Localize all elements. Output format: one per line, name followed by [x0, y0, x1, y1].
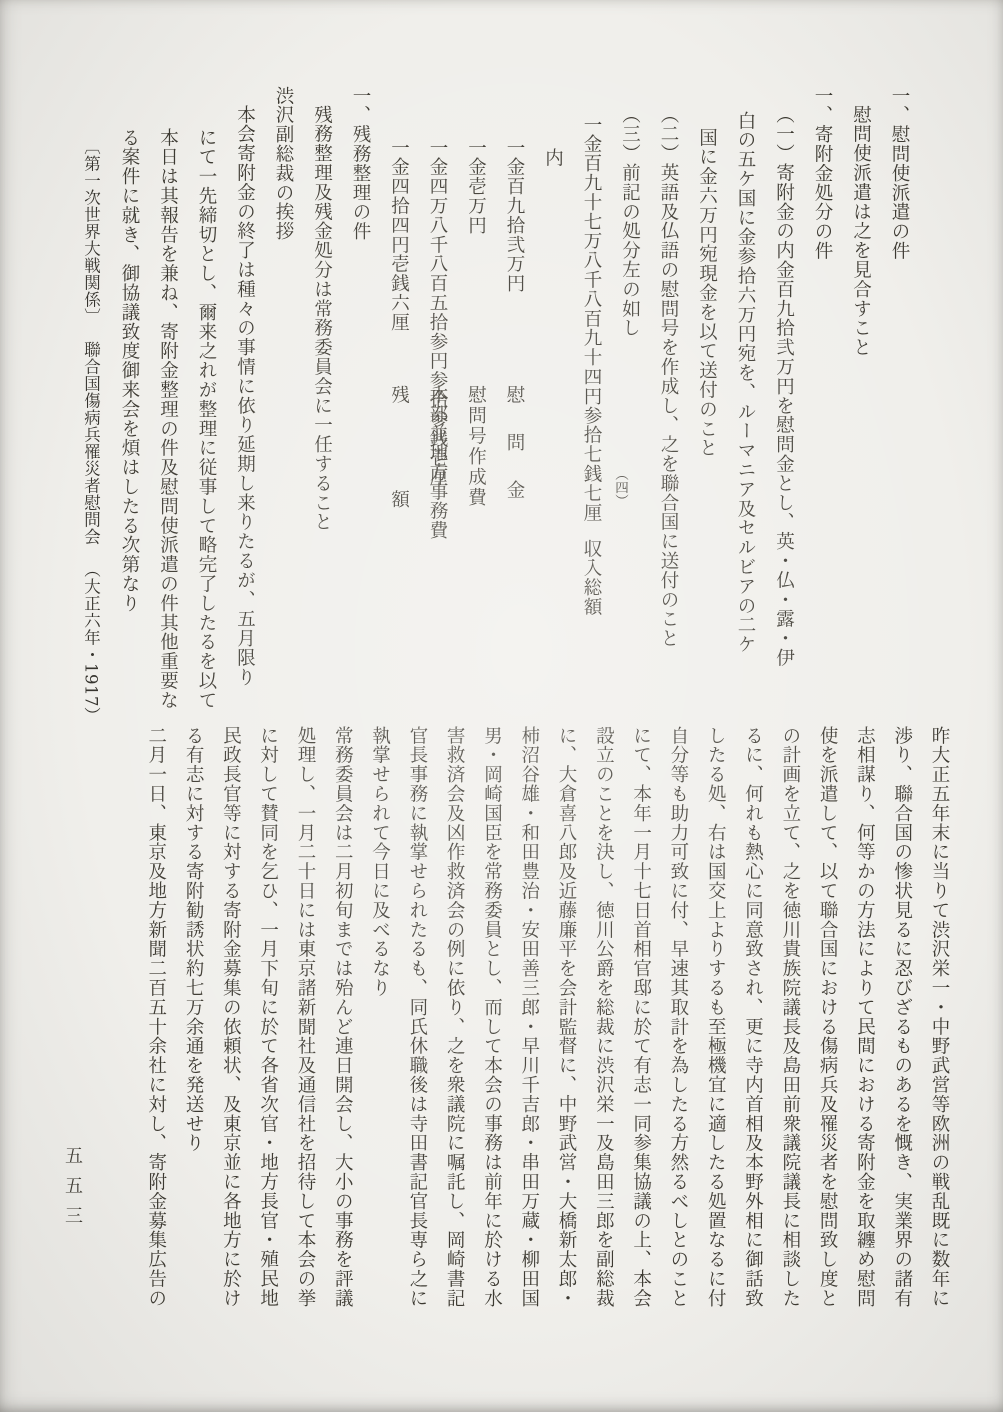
resolutions-block: 一、慰問使派遣の件 慰問使派遣は之を見合すこと 一、寄附金処分の件 （一）寄附金… — [66, 86, 918, 731]
breakdown-amount: 一金百九拾弐万円 — [504, 138, 525, 293]
source-title-column: 〔第一次世界大戦関係〕聯合国傷病兵罹災者慰問会（大正六年・1917） — [71, 86, 110, 731]
address-line: にて一先締切とし、爾来之れが整理に従事して略完了したるを以て — [187, 86, 226, 731]
founding-history-block: 昨大正五年末に当りて渋沢栄一・中野武営等欧洲の戦乱既に数年に 渉り、聯合国の惨状… — [126, 726, 958, 1318]
breakdown-label: 慰問号作成費 — [456, 333, 495, 508]
history-line: 設立のことを決し、徳川公爵を総裁に渋沢栄一及島田三郎を副総裁 — [585, 726, 622, 1318]
resolution-item1-heading: 一、慰問使派遣の件 — [880, 86, 919, 731]
history-line: 官長事務に執掌せられたるも、同氏休職後は寺田書記官長専ら之に — [399, 726, 436, 1318]
account-total-row: （四）一金百九十七万八千八百九十四円参拾七銭七厘収入総額 — [572, 86, 611, 731]
resolution-item2-sub1-line3: 国に金六万円宛現金を以て送付のこと — [687, 86, 726, 731]
history-line: に、大倉喜八郎及近藤廉平を会計監督に、中野武営・大橋新太郎・ — [548, 726, 585, 1318]
source-association-name: 聯合国傷病兵罹災者慰問会 — [82, 341, 101, 545]
history-line: 執掌せられて今日に及べるなり — [361, 726, 398, 1318]
history-line: 二月一日、東京及地方新聞二百五十余社に対し、寄附金募集広告の — [137, 726, 174, 1318]
resolution-item2-sub1-line1: （一）寄附金の内金百九拾弐万円を慰問金とし、英・仏・露・伊 — [764, 86, 803, 731]
account-breakdown-row: 一金四拾四円壱銭六厘残額 — [379, 86, 418, 731]
breakdown-amount: 一金壱万円 — [466, 138, 487, 235]
history-line: 害救済会及凶作救済会の例に依り、之を衆議院に嘱託し、岡崎書記 — [436, 726, 473, 1318]
address-heading: 渋沢副総裁の挨拶 — [264, 86, 303, 731]
resolution-item3-heading: 一、残務整理の件 — [341, 86, 380, 731]
breakdown-label: 慰問金 — [495, 333, 534, 528]
account-breakdown-header: 内 — [533, 86, 572, 731]
breakdown-label: 本部並地方事務費 — [418, 333, 457, 540]
history-line: にて、本年一月十七日首相官邸に於て有志一同参集協議の上、本会 — [622, 726, 659, 1318]
account-breakdown-row: 一金百九拾弐万円慰問金 — [495, 86, 534, 731]
history-line: 昨大正五年末に当りて渋沢栄一・中野武営等欧洲の戦乱既に数年に — [921, 726, 958, 1318]
resolution-item2-sub1-line2: 白の五ケ国に金参拾六万円宛を、ルーマニア及セルビアの二ケ — [726, 86, 765, 731]
history-line: 自分等も助力可致に付、早速其取計を為したる方然るべしとのこと — [660, 726, 697, 1318]
account-breakdown-row: 一金四万八千八百五拾参円参拾参銭壱厘本部並地方事務費 — [418, 86, 457, 731]
source-year-label: （大正六年・1917） — [82, 561, 101, 724]
history-line: 志相謀り、何等かの方法によりて民間における寄附金を取纏め慰問 — [846, 726, 883, 1318]
history-line: の計画を立て、之を徳川貴族院議長及島田前衆議院議長に相談した — [772, 726, 809, 1318]
history-line: 処理し、一月二十日には東京諸新聞社及通信社を招待して本会の挙 — [287, 726, 324, 1318]
history-line: 男・岡崎国臣を常務委員とし、而して本会の事務は前年に於ける水 — [473, 726, 510, 1318]
history-line: る有志に対する寄附勧誘状約七万余通を発送せり — [175, 726, 212, 1318]
history-line: 柿沼谷雄・和田豊治・安田善三郎・早川千吉郎・串田万蔵・柳田国 — [510, 726, 547, 1318]
history-line: 民政長官等に対する寄附金募集の依頼状、及東京並に各地方に於け — [212, 726, 249, 1318]
address-line: 本日は其報告を兼ね、寄附金整理の件及慰問使派遣の件其他重要な — [148, 86, 187, 731]
history-line: 渉り、聯合国の惨状見るに忍びざるものあるを慨き、実業界の諸有 — [883, 726, 920, 1318]
resolution-item1-body: 慰問使派遣は之を見合すこと — [841, 86, 880, 731]
source-collection-label: 〔第一次世界大戦関係〕 — [82, 138, 101, 325]
resolution-item2-sub3: （三）前記の処分左の如し — [610, 86, 649, 731]
account-total-amount: 一金百九十七万八千八百九十四円参拾七銭七厘 — [581, 115, 602, 522]
resolution-item2-heading: 一、寄附金処分の件 — [803, 86, 842, 731]
breakdown-amount: 一金四拾四円壱銭六厘 — [389, 138, 410, 332]
breakdown-label: 残額 — [379, 333, 418, 594]
history-line: 常務委員会は二月初旬までは殆んど連日開会し、大小の事務を評議 — [324, 726, 361, 1318]
address-line: る案件に就き、御協議致度御来会を煩はしたる次第なり — [110, 86, 149, 731]
page-number: 五五三 — [60, 1146, 84, 1236]
history-line: 使を派遣して、以て聯合国における傷病兵及罹災者を慰問致し度と — [809, 726, 846, 1318]
resolution-item3-body: 残務整理及残金処分は常務委員会に一任すること — [302, 86, 341, 731]
scanned-document-page: 一、慰問使派遣の件 慰問使派遣は之を見合すこと 一、寄附金処分の件 （一）寄附金… — [0, 0, 1003, 1412]
account-breakdown-row: 一金壱万円慰問号作成費 — [456, 86, 495, 731]
address-line: 本会寄附金の終了は種々の事情に依り延期し来りたるが、五月限り — [225, 86, 264, 731]
history-line: るに、何れも熱心に同意致され、更に寺内首相及本野外相に御話致 — [734, 726, 771, 1318]
account-total-label: 収入総額 — [581, 539, 602, 617]
history-line: に対して賛同を乞ひ、一月下旬に於て各省次官・地方長官・殖民地 — [249, 726, 286, 1318]
resolution-item2-sub2: （二）英語及仏語の慰問号を作成し、之を聯合国に送付のこと — [649, 86, 688, 731]
account-item-number: （四） — [613, 438, 627, 508]
history-line: したる処、右は国交上よりするも至極機宜に適したる処置なるに付 — [697, 726, 734, 1318]
